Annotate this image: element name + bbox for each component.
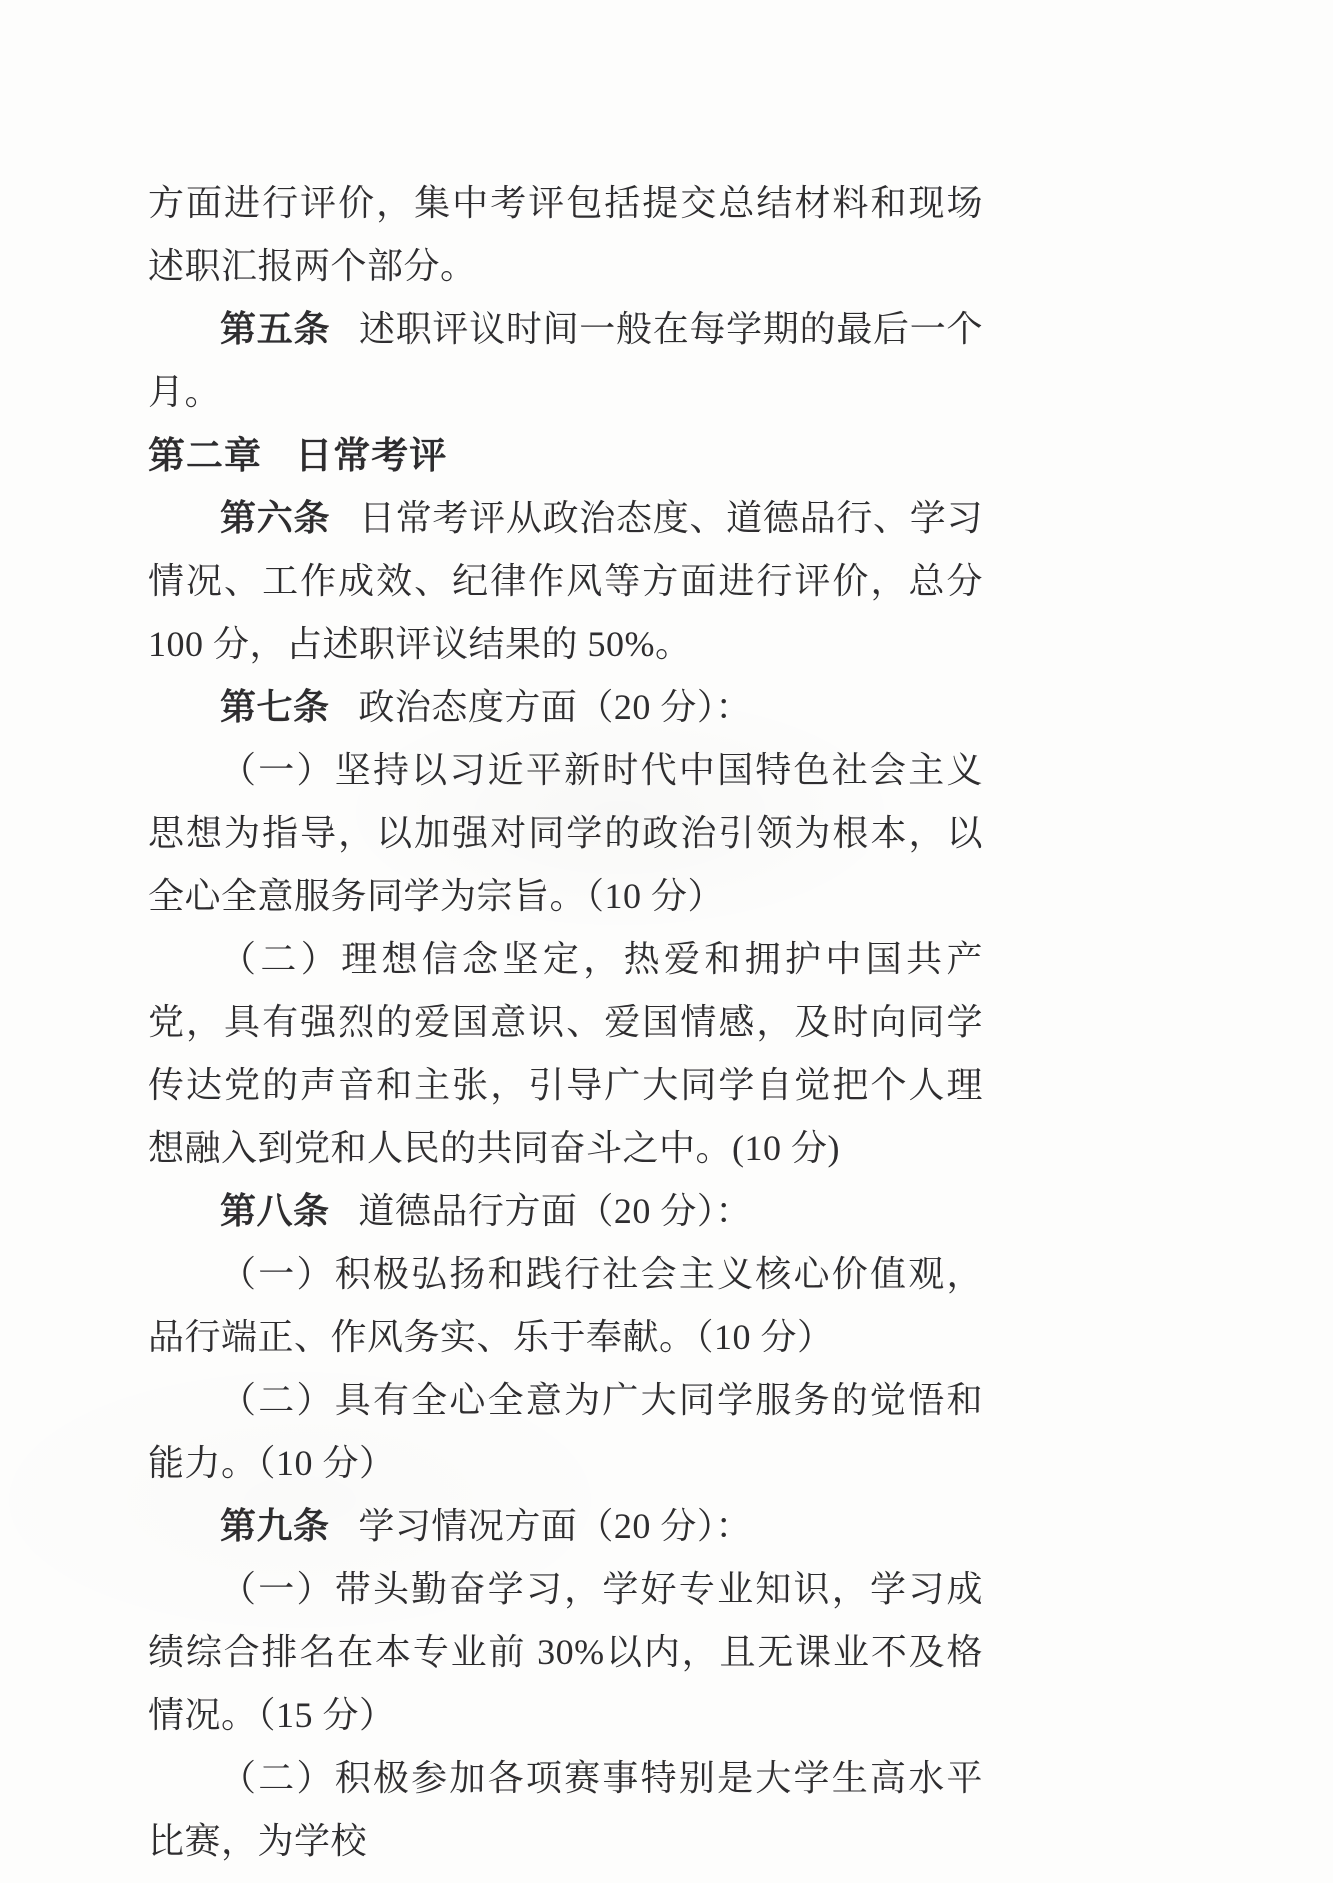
article-text: 学习情况方面（20 分）： [358, 1506, 752, 1546]
article-number-label: 第六条 [220, 498, 330, 538]
clause-item-paragraph: （一）坚持以习近平新时代中国特色社会主义思想为指导，以加强对同学的政治引领为根本… [148, 739, 983, 928]
article-paragraph: 第五条述职评议时间一般在每学期的最后一个月。 [148, 298, 983, 424]
chapter-title-text: 日常考评 [295, 435, 447, 476]
document-text-block: 方面进行评价，集中考评包括提交总结材料和现场述职汇报两个部分。第五条述职评议时间… [148, 172, 983, 1873]
chapter-number-label: 第二章 [148, 435, 262, 476]
document-page: 方面进行评价，集中考评包括提交总结材料和现场述职汇报两个部分。第五条述职评议时间… [0, 0, 1333, 1883]
clause-item-paragraph: （一）积极弘扬和践行社会主义核心价值观，品行端正、作风务实、乐于奉献。（10 分… [148, 1243, 983, 1369]
chapter-heading: 第二章日常考评 [148, 424, 983, 487]
article-number-label: 第五条 [220, 309, 330, 349]
continued-paragraph: 方面进行评价，集中考评包括提交总结材料和现场述职汇报两个部分。 [148, 172, 983, 298]
clause-item-paragraph: （二）具有全心全意为广大同学服务的觉悟和能力。（10 分） [148, 1369, 983, 1495]
article-paragraph: 第九条学习情况方面（20 分）： [148, 1495, 983, 1558]
article-number-label: 第九条 [220, 1506, 330, 1546]
article-number-label: 第八条 [220, 1191, 330, 1231]
article-paragraph: 第六条日常考评从政治态度、道德品行、学习情况、工作成效、纪律作风等方面进行评价，… [148, 487, 983, 676]
clause-item-paragraph: （二）理想信念坚定，热爱和拥护中国共产党，具有强烈的爱国意识、爱国情感，及时向同… [148, 928, 983, 1180]
article-number-label: 第七条 [220, 687, 330, 727]
article-paragraph: 第七条政治态度方面（20 分）： [148, 676, 983, 739]
clause-item-paragraph: （一）带头勤奋学习，学好专业知识，学习成绩综合排名在本专业前 30%以内，且无课… [148, 1558, 983, 1747]
clause-item-paragraph: （二）积极参加各项赛事特别是大学生高水平比赛，为学校 [148, 1747, 983, 1873]
article-paragraph: 第八条道德品行方面（20 分）： [148, 1180, 983, 1243]
article-text: 政治态度方面（20 分）： [358, 687, 752, 727]
article-text: 道德品行方面（20 分）： [358, 1191, 752, 1231]
